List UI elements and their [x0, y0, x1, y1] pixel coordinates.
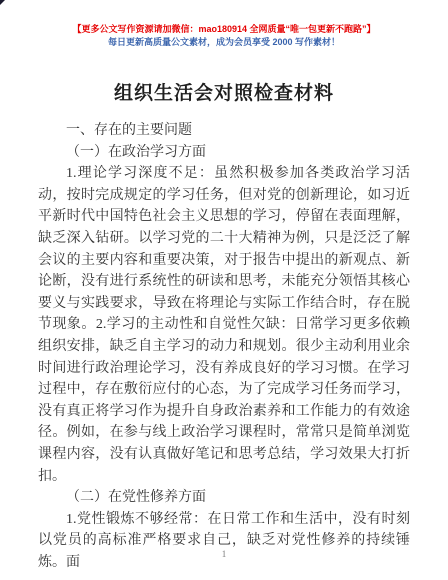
promo-line-blue: 每日更新高质量公文素材，成为会员享受 2000 写作素材！ — [0, 36, 448, 49]
document-page: 【更多公文写作资源请加微信：mao180914 全网质量“唯一包更新不跑路”】 … — [0, 0, 448, 580]
corner-mark — [0, 0, 5, 5]
sub-heading: （二）在党性修养方面 — [38, 487, 410, 509]
body-paragraph: 1.党性锻炼不够经常：在日常工作和生活中，没有时刻以党员的高标准严格要求自己，缺… — [38, 509, 410, 574]
promo-line-red: 【更多公文写作资源请加微信：mao180914 全网质量“唯一包更新不跑路”】 — [0, 23, 448, 36]
promo-header: 【更多公文写作资源请加微信：mao180914 全网质量“唯一包更新不跑路”】 … — [0, 0, 448, 49]
section-heading: 一、存在的主要问题 — [38, 120, 410, 142]
page-number: 1 — [0, 549, 448, 559]
document-title: 组织生活会对照检查材料 — [0, 78, 448, 105]
sub-heading: （一）在政治学习方面 — [38, 142, 410, 164]
body-paragraph: 1.理论学习深度不足：虽然积极参加各类政治学习活动，按时完成规定的学习任务，但对… — [38, 163, 410, 487]
document-body: 一、存在的主要问题 （一）在政治学习方面 1.理论学习深度不足：虽然积极参加各类… — [38, 120, 410, 573]
